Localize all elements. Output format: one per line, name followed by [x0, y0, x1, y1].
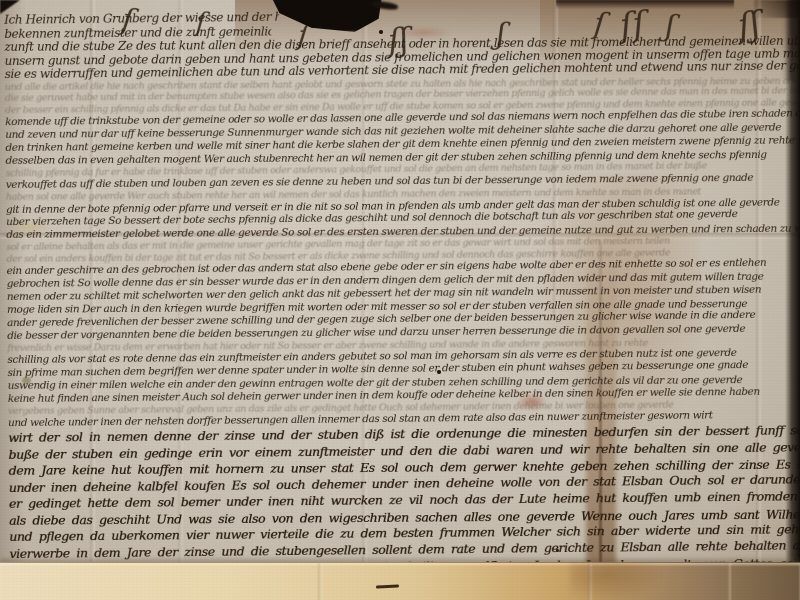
background-corner-top-left — [0, 0, 20, 14]
plica-stain — [570, 563, 660, 600]
plica-fold — [0, 562, 800, 600]
background-edge-right-top — [782, 0, 794, 80]
background-edge-top — [556, 0, 734, 9]
manuscript-photo: Ich Heinrich von Grunberg der wiesse und… — [0, 0, 800, 600]
seal-slit-cut — [376, 584, 399, 588]
background-edge-right — [785, 0, 800, 578]
plica-crease — [318, 563, 322, 600]
plica-crease — [727, 563, 731, 600]
manuscript-text-block: Ich Heinrich von Grunberg der wiesse und… — [0, 0, 800, 579]
